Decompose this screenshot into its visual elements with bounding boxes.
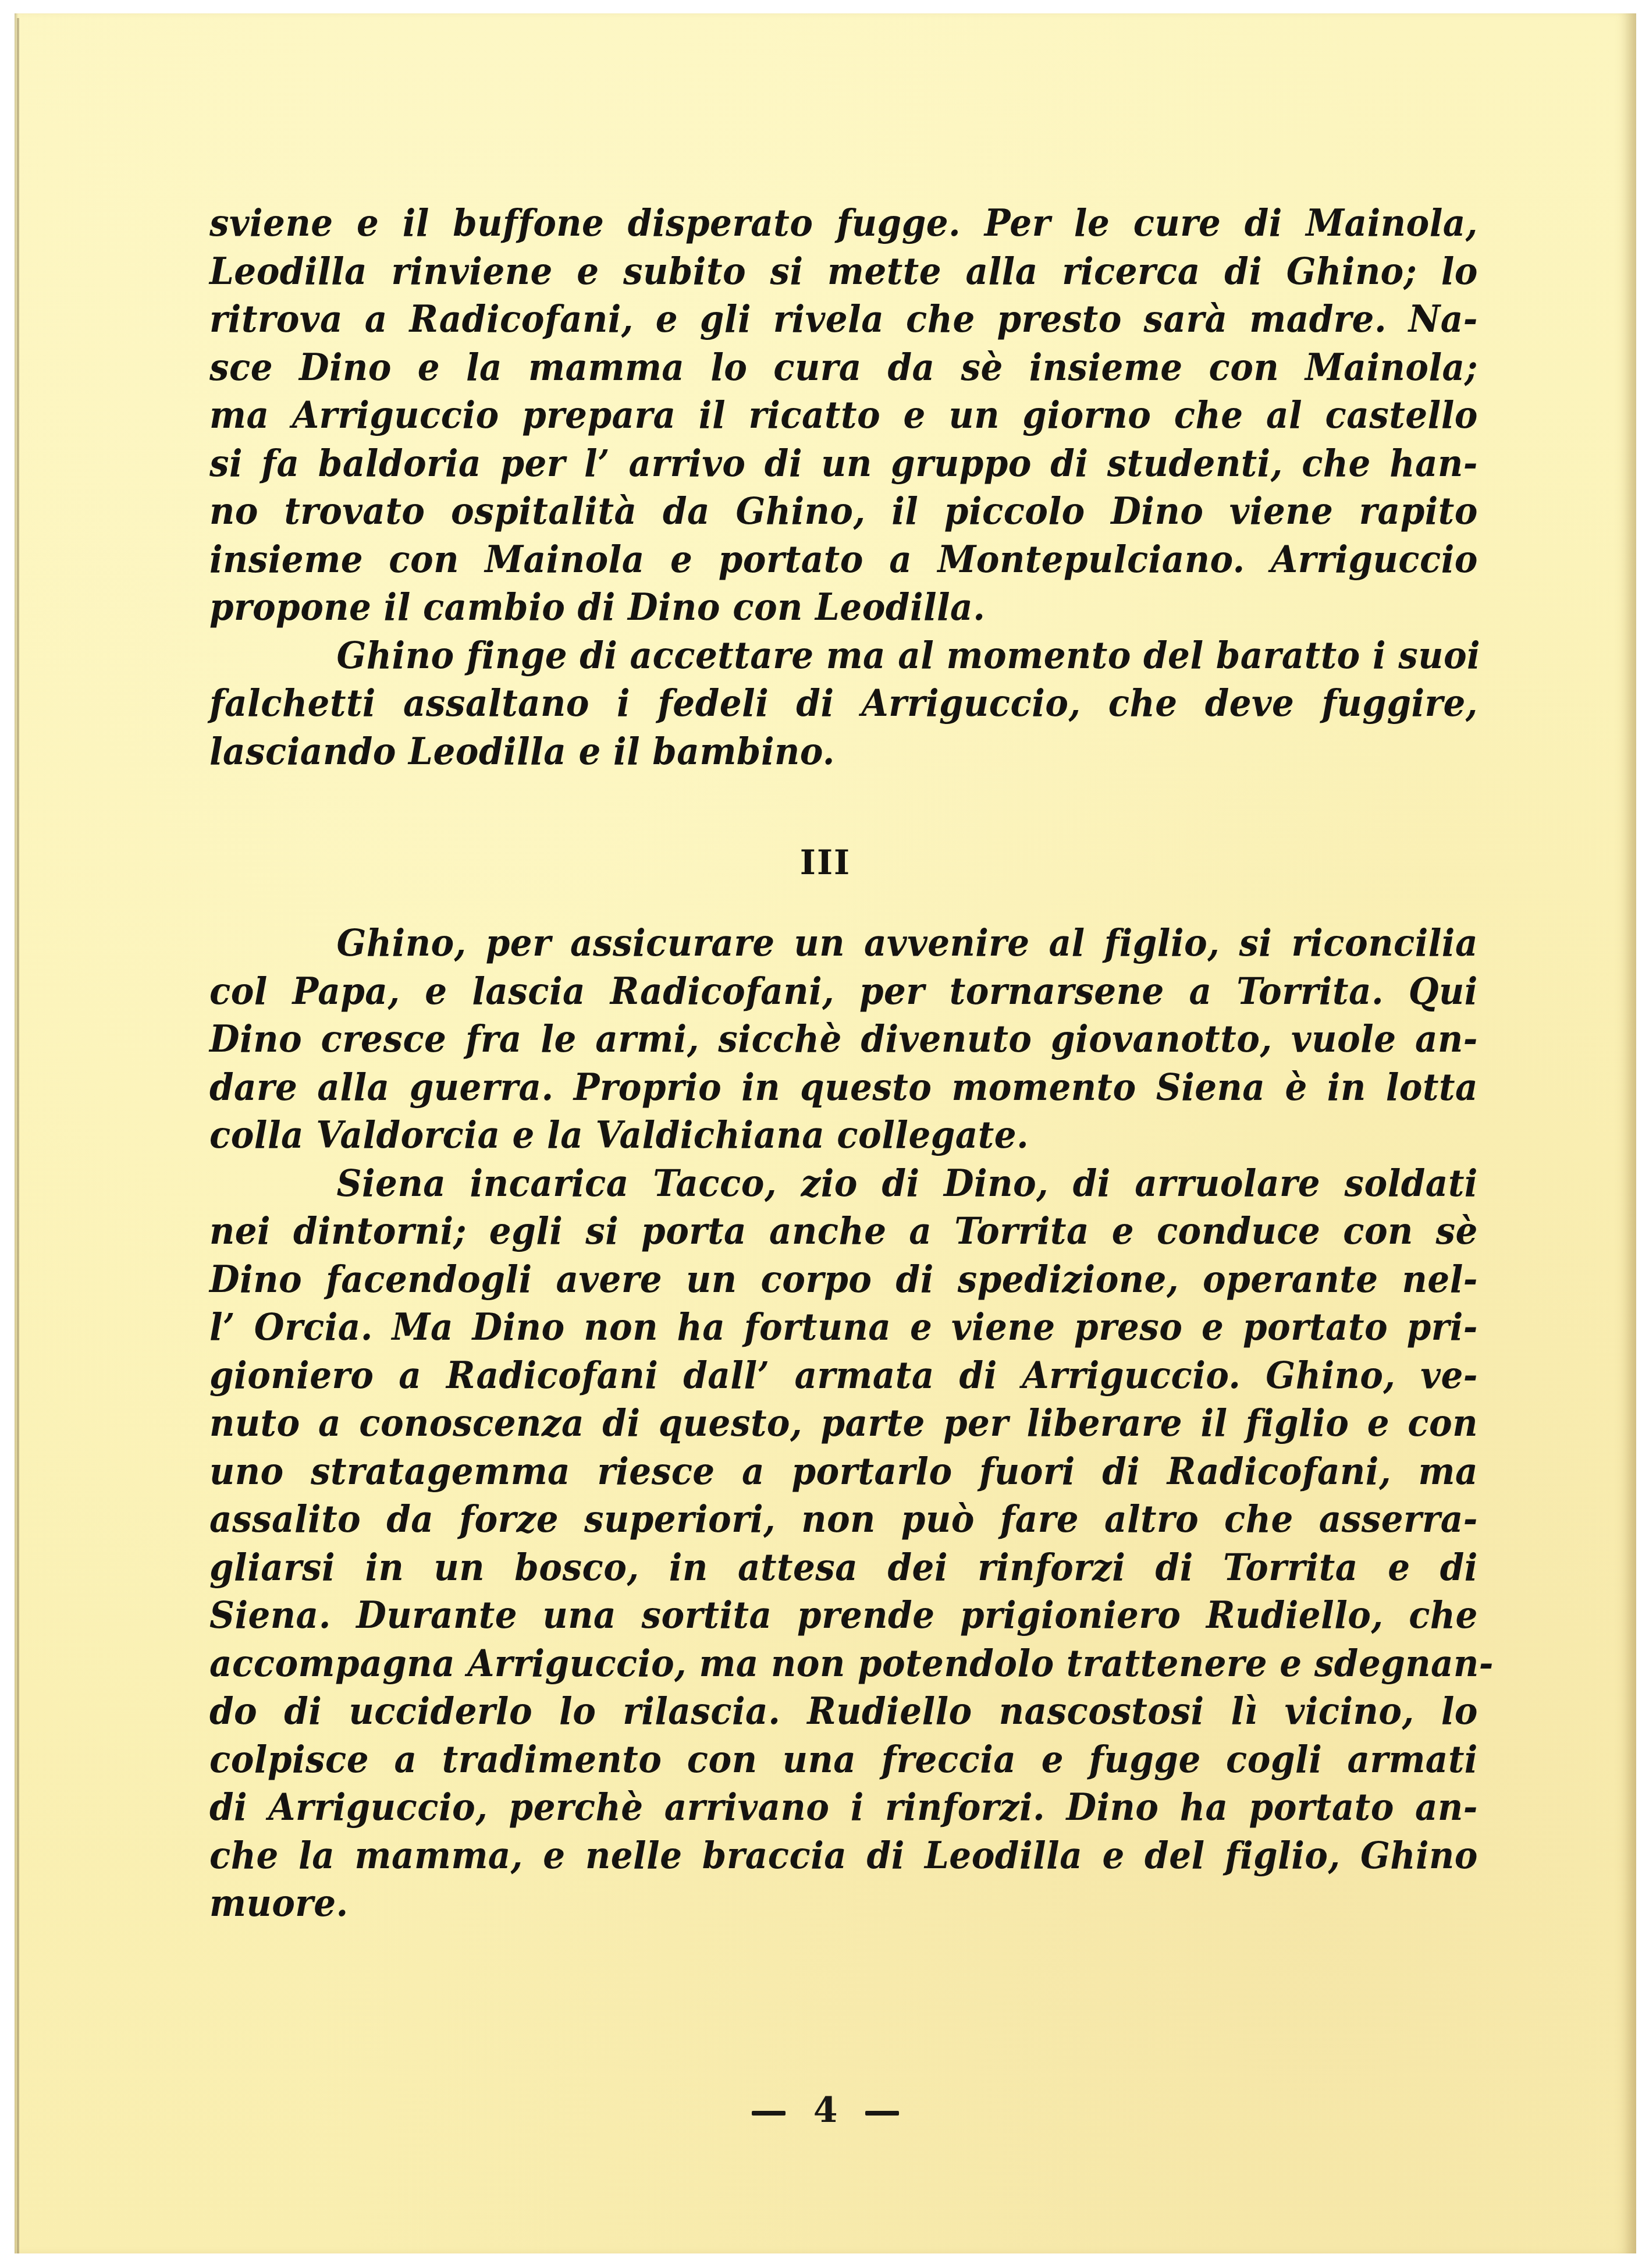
text-line: dare alla guerra. Proprio in questo mome… xyxy=(209,1064,1478,1112)
text-line: si fa baldoria per l’ arrivo di un grupp… xyxy=(209,440,1478,488)
text-line: gioniero a Radicofani dall’ armata di Ar… xyxy=(209,1352,1478,1400)
text-line: propone il cambio di Dino con Leodilla. xyxy=(209,584,1478,632)
text-line: Dino cresce fra le armi, sicchè divenuto… xyxy=(209,1016,1478,1064)
text-line: accompagna Arriguccio, ma non potendolo … xyxy=(209,1640,1478,1688)
text-line: di Arriguccio, perchè arrivano i rinforz… xyxy=(209,1784,1478,1832)
page-number: 4 xyxy=(15,2090,1636,2131)
text-line: sce Dino e la mamma lo cura da sè insiem… xyxy=(209,344,1478,392)
text-line: no trovato ospitalità da Ghino, il picco… xyxy=(209,488,1478,536)
text-line: lasciando Leodilla e il bambino. xyxy=(209,728,1478,776)
text-line: ma Arriguccio prepara il ricatto e un gi… xyxy=(209,392,1478,440)
text-line: assalito da forze superiori, non può far… xyxy=(209,1496,1478,1544)
text-line: che la mamma, e nelle braccia di Leodill… xyxy=(209,1832,1478,1880)
text-line: Dino facendogli avere un corpo di spediz… xyxy=(209,1256,1478,1304)
text-line: falchetti assaltano i fedeli di Arrigucc… xyxy=(209,680,1478,728)
text-line: uno stratagemma riesce a portarlo fuori … xyxy=(209,1448,1478,1496)
text-line: l’ Orcia. Ma Dino non ha fortuna e viene… xyxy=(209,1304,1478,1352)
paragraph-iii-1: Ghino, per assicurare un avvenire al fig… xyxy=(209,920,1389,1160)
text-line: Leodilla rinviene e subito si mette alla… xyxy=(209,248,1478,296)
text-line: nuto a conoscenza di questo, parte per l… xyxy=(209,1400,1478,1448)
dash-right xyxy=(865,2111,899,2116)
paragraph-ii-1: sviene e il buffone disperato fugge. Per… xyxy=(209,200,1389,632)
text-line: ritrova a Radicofani, e gli rivela che p… xyxy=(209,296,1478,344)
text-line: Siena incarica Tacco, zio di Dino, di ar… xyxy=(209,1160,1478,1208)
text-line: gliarsi in un bosco, in attesa dei rinfo… xyxy=(209,1544,1478,1592)
text-line: Ghino, per assicurare un avvenire al fig… xyxy=(209,920,1478,968)
text-line: insieme con Mainola e portato a Montepul… xyxy=(209,536,1478,584)
text-line: Siena. Durante una sortita prende prigio… xyxy=(209,1592,1478,1640)
text-line: Ghino finge di accettare ma al momento d… xyxy=(209,632,1478,680)
scanned-page: sviene e il buffone disperato fugge. Per… xyxy=(15,13,1636,2253)
paragraph-iii-2: Siena incarica Tacco, zio di Dino, di ar… xyxy=(209,1160,1389,1928)
page-number-value: 4 xyxy=(813,2090,838,2131)
text-line: sviene e il buffone disperato fugge. Per… xyxy=(209,200,1478,248)
paragraph-ii-2: Ghino finge di accettare ma al momento d… xyxy=(209,632,1389,776)
text-line: nei dintorni; egli si porta anche a Torr… xyxy=(209,1208,1478,1256)
body-text: sviene e il buffone disperato fugge. Per… xyxy=(209,200,1389,1928)
text-line: colpisce a tradimento con una freccia e … xyxy=(209,1736,1478,1784)
text-line: do di ucciderlo lo rilascia. Rudiello na… xyxy=(209,1688,1478,1736)
text-line: colla Valdorcia e la Valdichiana collega… xyxy=(209,1112,1478,1160)
dash-left xyxy=(752,2111,786,2116)
text-line: muore. xyxy=(209,1880,1478,1928)
section-heading-iii: III xyxy=(15,843,1636,882)
text-line: col Papa, e lascia Radicofani, per torna… xyxy=(209,968,1478,1016)
